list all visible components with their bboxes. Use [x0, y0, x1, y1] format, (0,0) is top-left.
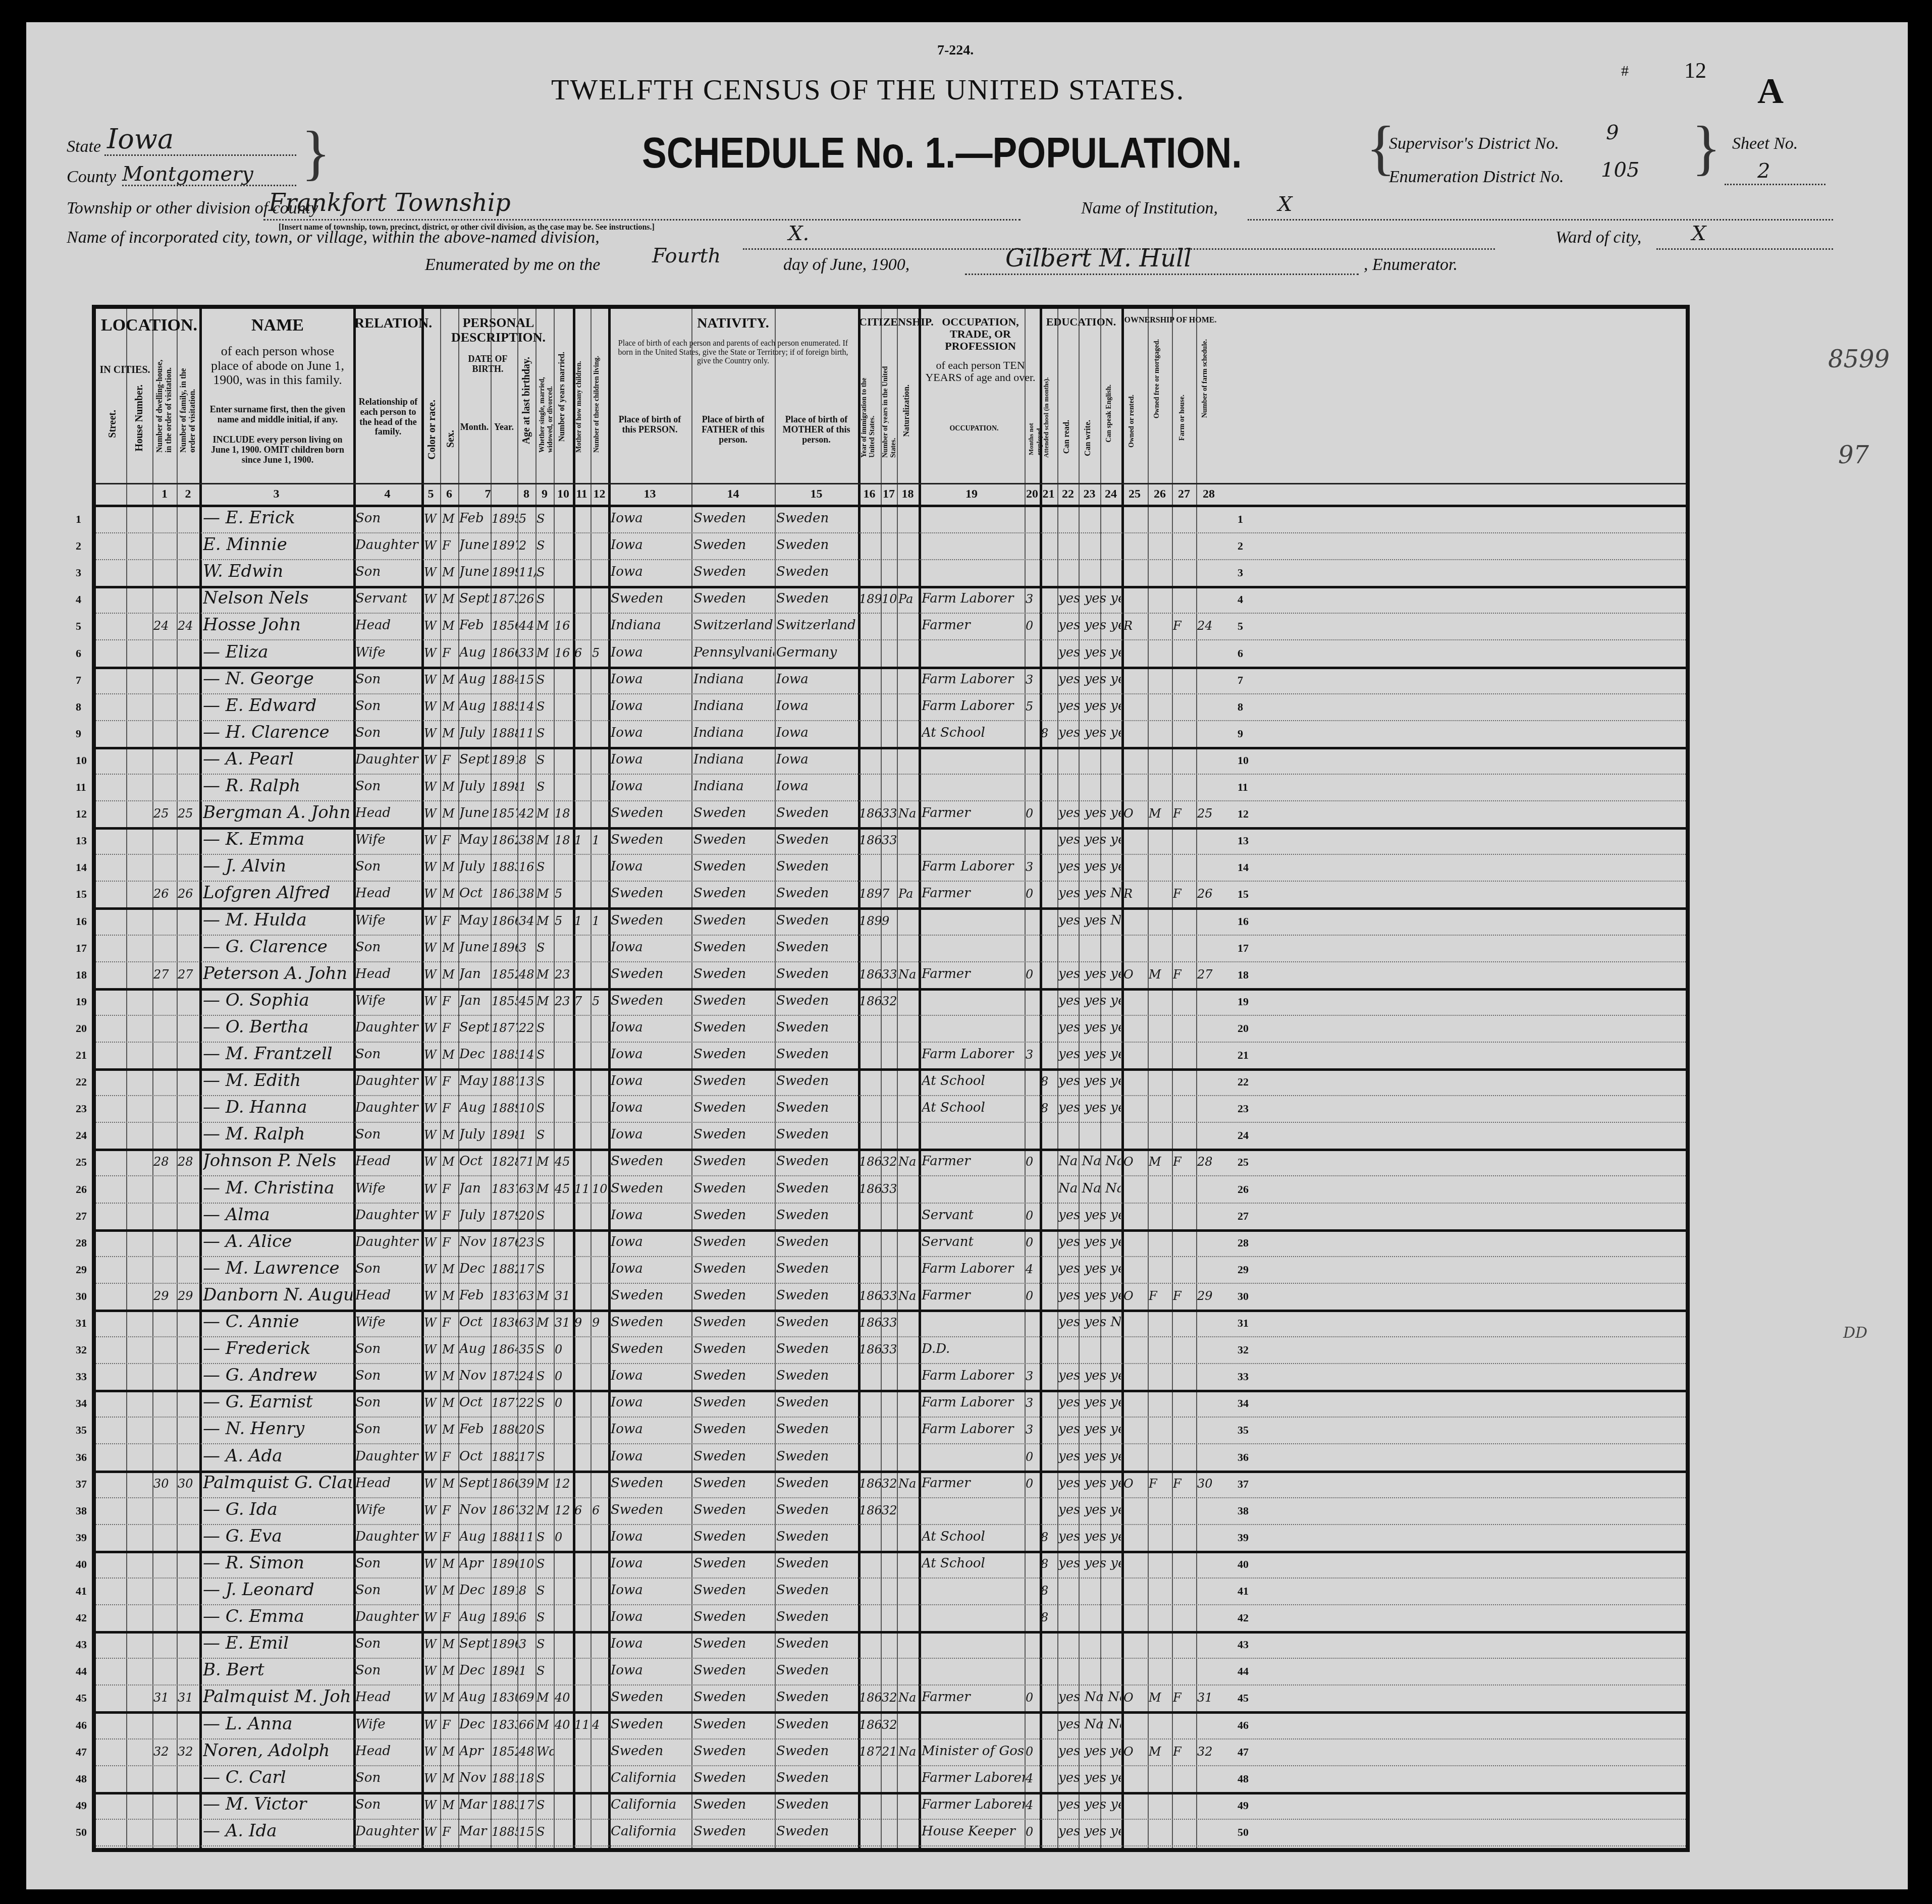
cell-person-name: — G. Earnist — [203, 1392, 352, 1412]
table-row: 2424Hosse JohnHeadWMFeb185644M16IndianaS… — [96, 613, 1686, 640]
cell-sex: M — [442, 592, 457, 606]
cell-occupation: Servant — [922, 1208, 1025, 1223]
cell-birth-year: 1888 — [492, 1530, 518, 1544]
line-number-left: 22 — [76, 1075, 87, 1089]
cell-immigration-year: 1868 — [859, 1503, 881, 1517]
cell-marital-status: S — [536, 1530, 554, 1544]
cell-birthplace-person: Iowa — [611, 645, 691, 660]
cell-marital-status: M — [536, 1155, 554, 1169]
cell-free-mortgaged: M — [1149, 806, 1171, 821]
line-number-left: 25 — [76, 1156, 87, 1169]
line-number-left: 14 — [76, 861, 87, 874]
cell-birthplace-father: Sweden — [693, 1234, 774, 1249]
cell-marital-status: S — [536, 1235, 554, 1249]
cell-birthplace-mother: Sweden — [776, 1636, 857, 1651]
ward-line — [1656, 248, 1833, 250]
line-number-left: 11 — [76, 781, 86, 794]
district-brace-right: } — [1692, 113, 1721, 183]
cell-dwelling-number: 30 — [153, 1477, 177, 1491]
colnum-17: 17 — [881, 487, 897, 501]
cell-birth-year: 1877 — [492, 1396, 518, 1410]
cell-age: 3 — [519, 1637, 536, 1651]
line-number-right: 25 — [1238, 1156, 1249, 1169]
township-line — [263, 219, 1021, 221]
cell-person-name: — C. Carl — [203, 1767, 352, 1787]
cell-birth-month: Apr — [459, 1556, 490, 1571]
table-row: — J. LeonardSonWMDec18918SIowaSwedenSwed… — [96, 1577, 1686, 1605]
line-number-left: 17 — [76, 942, 87, 955]
cell-children-living: 5 — [592, 646, 608, 660]
cell-birth-month: Dec — [459, 1717, 490, 1732]
line-number-left: 33 — [76, 1370, 87, 1383]
header-relation-desc: Relationship of each person to the head … — [356, 397, 420, 437]
cell-birth-year: 1860 — [492, 1477, 518, 1491]
cell-birth-year: 1895 — [492, 512, 518, 526]
cell-education: yes yes yes — [1058, 1556, 1121, 1571]
cell-immigration-year: 1868 — [859, 1718, 881, 1732]
cell-birth-year: 1887 — [492, 1074, 518, 1089]
cell-color: W — [424, 1825, 439, 1839]
city-label: Name of incorporated city, town, or vill… — [67, 228, 600, 247]
vheader-read: Can read. — [1062, 420, 1071, 454]
cell-birthplace-person: Sweden — [611, 1181, 691, 1196]
line-number-right: 39 — [1238, 1531, 1249, 1544]
cell-sex: F — [442, 753, 457, 767]
cell-marital-status: M — [536, 619, 554, 633]
cell-marital-status: S — [536, 1128, 554, 1142]
cell-birthplace-father: Sweden — [693, 993, 774, 1008]
cell-dwelling-number: 28 — [153, 1155, 177, 1169]
line-number-left: 10 — [76, 754, 87, 767]
cell-education: yes yes yes — [1058, 698, 1121, 714]
cell-birthplace-person: Sweden — [611, 805, 691, 821]
cell-color: W — [424, 1664, 439, 1678]
cell-birth-month: July — [459, 725, 490, 740]
cell-birth-year: 1884 — [492, 673, 518, 687]
vheader-immigration: Year of immigration to the United States… — [861, 357, 880, 458]
cell-farm-schedule: 30 — [1197, 1477, 1221, 1491]
line-number-right: 32 — [1238, 1343, 1249, 1356]
cell-months-unemployed: 0 — [1026, 887, 1040, 901]
cell-education: yes Na Na — [1058, 1690, 1121, 1705]
cell-education: yes yes yes — [1058, 1208, 1121, 1223]
cell-age: 13 — [519, 1074, 536, 1089]
colnum-18: 18 — [897, 487, 919, 501]
cell-birthplace-father: Sweden — [693, 859, 774, 874]
cell-years-married: 16 — [555, 619, 573, 633]
enumerator-name: Gilbert M. Hull — [1005, 244, 1192, 273]
cell-age: 17 — [519, 1450, 536, 1464]
cell-marital-status: M — [536, 1182, 554, 1196]
cell-color: W — [424, 565, 439, 579]
cell-birthplace-father: Sweden — [693, 1583, 774, 1598]
cell-color: W — [424, 1477, 439, 1491]
cell-years-married: 31 — [555, 1289, 573, 1303]
cell-occupation: Farm Laborer — [922, 859, 1025, 874]
cell-years-in-us: 33 — [882, 806, 897, 821]
vheader-mother-of: Mother of how many children. — [575, 352, 591, 453]
cell-sex: M — [442, 860, 457, 874]
cell-free-mortgaged: F — [1149, 1289, 1171, 1303]
line-number-left: 48 — [76, 1772, 87, 1785]
cell-birthplace-person: Iowa — [611, 1636, 691, 1651]
line-number-left: 43 — [76, 1638, 87, 1651]
cell-color: W — [424, 1530, 439, 1544]
colnum-3: 3 — [199, 487, 353, 501]
cell-relation: Daughter — [355, 1208, 421, 1223]
cell-marital-status: M — [536, 833, 554, 847]
cell-birthplace-mother: Sweden — [776, 913, 857, 928]
cell-months-unemployed: 0 — [1026, 1745, 1040, 1759]
cell-education: yes yes yes — [1058, 966, 1121, 982]
line-number-right: 1 — [1238, 513, 1243, 526]
vheader-english: Can speak English. — [1105, 385, 1113, 443]
cell-farm-house: F — [1173, 806, 1195, 821]
cell-birth-month: Apr — [459, 1744, 490, 1759]
cell-marital-status: S — [536, 1825, 554, 1839]
table-row: — L. AnnaWifeWFDec183366M40114SwedenSwed… — [96, 1712, 1686, 1739]
table-row: — FrederickSonWMAug186435S0SwedenSwedenS… — [96, 1336, 1686, 1364]
cell-person-name: — O. Sophia — [203, 990, 352, 1010]
colnum-13: 13 — [608, 487, 691, 501]
cell-marital-status: M — [536, 967, 554, 982]
state-label: State — [67, 137, 101, 156]
enumerated-suffix: day of June, 1900, — [783, 255, 909, 275]
cell-color: W — [424, 1637, 439, 1651]
cell-immigration-year: 1893 — [859, 887, 881, 901]
cell-marital-status: M — [536, 914, 554, 928]
margin-note-top: 8599 — [1828, 345, 1890, 373]
cell-immigration-year: 1868 — [859, 1155, 881, 1169]
cell-dwelling-number: 24 — [153, 619, 177, 633]
cell-birthplace-person: Iowa — [611, 537, 691, 553]
table-row: — G. EvaDaughterWFAug188811S0IowaSwedenS… — [96, 1524, 1686, 1553]
cell-person-name: — M. Lawrence — [203, 1258, 352, 1278]
line-number-left: 34 — [76, 1397, 87, 1410]
line-number-left: 8 — [76, 700, 81, 714]
cell-family-number: 31 — [178, 1691, 200, 1705]
cell-occupation: Farmer — [922, 1154, 1025, 1169]
cell-person-name: E. Minnie — [203, 534, 352, 555]
cell-age: 66 — [519, 1718, 536, 1732]
cell-months-unemployed: 3 — [1026, 1369, 1040, 1383]
cell-years-married: 45 — [555, 1155, 573, 1169]
cell-person-name: Palmquist G. Claus — [203, 1473, 352, 1493]
line-number-left: 31 — [76, 1317, 87, 1330]
vheader-free-mortgaged: Owned free or mortgaged. — [1153, 339, 1161, 418]
cell-months-unemployed: 0 — [1026, 1691, 1040, 1705]
cell-sex: F — [442, 1825, 457, 1839]
colnum-8: 8 — [517, 487, 535, 501]
header-pob-mother: Place of birth of MOTHER of this person. — [777, 415, 855, 445]
vheader-owned-rented: Owned or rented. — [1128, 395, 1136, 448]
cell-birth-month: Oct — [459, 1315, 490, 1330]
cell-birthplace-father: Sweden — [693, 940, 774, 955]
cell-birth-year: 1876 — [492, 1235, 518, 1249]
cell-owned-rented: O — [1123, 806, 1147, 821]
cell-birth-month: Dec — [459, 1663, 490, 1678]
cell-naturalization: Na — [898, 1745, 919, 1759]
line-number-right: 12 — [1238, 807, 1249, 821]
line-number-left: 27 — [76, 1210, 87, 1223]
cell-age: 3 — [519, 941, 536, 955]
cell-sex: M — [442, 1798, 457, 1812]
cell-immigration-year: 1868 — [859, 1691, 881, 1705]
cell-birthplace-person: Sweden — [611, 1476, 691, 1491]
cell-birthplace-father: Sweden — [693, 1476, 774, 1491]
cell-free-mortgaged: M — [1149, 967, 1171, 982]
line-number-right: 24 — [1238, 1129, 1249, 1142]
cell-birthplace-mother: Sweden — [776, 537, 857, 553]
cell-education: yes yes yes — [1058, 1261, 1121, 1276]
table-row: — O. BerthaDaughterWFSept187722SIowaSwed… — [96, 1015, 1686, 1043]
table-row: 2626Lofgren AlfredHeadWMOct186138M5Swede… — [96, 881, 1686, 910]
table-row: — R. RalphSonWMJuly18981SIowaIndianaIowa… — [96, 774, 1686, 801]
cell-person-name: Bergman A. John — [203, 802, 352, 823]
cell-sex: F — [442, 1021, 457, 1035]
cell-education: yes yes yes — [1058, 1073, 1121, 1089]
cell-years-in-us: 10 — [882, 592, 897, 606]
cell-birthplace-person: Iowa — [611, 564, 691, 579]
margin-note-row32: DD — [1843, 1324, 1867, 1342]
cell-birthplace-mother: Sweden — [776, 1341, 857, 1356]
cell-education: yes yes yes — [1058, 805, 1121, 821]
cell-sex: M — [442, 806, 457, 821]
cell-sex: F — [442, 538, 457, 553]
line-number-left: 16 — [76, 915, 87, 928]
cell-birth-year: 1897 — [492, 538, 518, 553]
cell-birthplace-mother: Sweden — [776, 1824, 857, 1839]
cell-color: W — [424, 941, 439, 955]
line-number-left: 20 — [76, 1022, 87, 1035]
line-number-right: 21 — [1238, 1049, 1249, 1062]
cell-farm-house: F — [1173, 967, 1195, 982]
vheader-school: Attended school (in months). — [1042, 357, 1056, 458]
cell-birth-month: Aug — [459, 645, 490, 660]
cell-age: 42 — [519, 806, 536, 821]
cell-marital-status: S — [536, 1610, 554, 1624]
cell-birth-month: Feb — [459, 618, 490, 633]
line-number-left: 1 — [76, 513, 81, 526]
cell-person-name: — A. Alice — [203, 1231, 352, 1252]
cell-person-name: Palmquist M. John — [203, 1687, 352, 1707]
table-row: — K. EmmaWifeWFMay186238M1811SwedenSwede… — [96, 827, 1686, 855]
cell-relation: Head — [355, 1744, 421, 1759]
cell-birthplace-father: Switzerland — [693, 618, 774, 633]
cell-color: W — [424, 1396, 439, 1410]
line-number-right: 9 — [1238, 727, 1243, 740]
line-number-left: 15 — [76, 888, 87, 901]
cell-occupation: Farmer — [922, 966, 1025, 982]
cell-birth-year: 1882 — [492, 1450, 518, 1464]
cell-sex: M — [442, 1048, 457, 1062]
cell-education: yes yes yes — [1058, 1797, 1121, 1812]
cell-color: W — [424, 646, 439, 660]
cell-color: W — [424, 512, 439, 526]
cell-color: W — [424, 806, 439, 821]
colnum-2: 2 — [177, 487, 199, 501]
cell-farm-schedule: 26 — [1197, 887, 1221, 901]
cell-relation: Daughter — [355, 1100, 421, 1115]
cell-relation: Daughter — [355, 752, 421, 767]
cell-person-name: W. Edwin — [203, 561, 352, 581]
cell-birth-year: 1867 — [492, 1503, 518, 1517]
cell-person-name: — E. Emil — [203, 1633, 352, 1653]
cell-years-in-us: 33 — [882, 1182, 897, 1196]
line-number-left: 9 — [76, 727, 81, 740]
cell-family-number: 27 — [178, 967, 200, 982]
line-number-left: 7 — [76, 674, 81, 687]
cell-sex: M — [442, 967, 457, 982]
cell-sex: M — [442, 1637, 457, 1651]
cell-sex: M — [442, 1155, 457, 1169]
cell-birth-month: Nov — [459, 1234, 490, 1249]
cell-birthplace-person: Sweden — [611, 1341, 691, 1356]
vheader-sex: Sex. — [445, 430, 457, 448]
cell-birthplace-mother: Sweden — [776, 564, 857, 579]
county-label: County — [67, 168, 116, 187]
cell-birth-year: 1866 — [492, 914, 518, 928]
cell-birth-month: Jan — [459, 993, 490, 1008]
table-row: — M. LawrenceSonWMDec188217SIowaSwedenSw… — [96, 1256, 1686, 1284]
line-number-right: 17 — [1238, 942, 1249, 955]
cell-marital-status: S — [536, 1074, 554, 1089]
cell-education: yes yes yes — [1058, 1368, 1121, 1383]
cell-relation: Son — [355, 1341, 421, 1356]
table-row: — N. HenrySonWMFeb188020SIowaSwedenSwede… — [96, 1417, 1686, 1444]
table-row: — AlmaDaughterWFJuly187920SIowaSwedenSwe… — [96, 1203, 1686, 1232]
cell-sex: M — [442, 699, 457, 714]
cell-person-name: — G. Andrew — [203, 1365, 352, 1385]
cell-mother-of: 9 — [574, 1316, 591, 1330]
cell-birth-year: 1830 — [492, 1691, 518, 1705]
cell-education: yes yes yes — [1058, 1476, 1121, 1491]
line-number-left: 35 — [76, 1424, 87, 1437]
cell-person-name: — M. Ralph — [203, 1124, 352, 1144]
state-line — [104, 154, 296, 156]
cell-age: 16 — [519, 860, 536, 874]
institution-value: X — [1278, 193, 1292, 216]
cell-color: W — [424, 1584, 439, 1598]
cell-family-number: 32 — [178, 1745, 200, 1759]
cell-sex: M — [442, 1477, 457, 1491]
cell-birth-month: Sept — [459, 1636, 490, 1651]
cell-birth-month: Feb — [459, 1288, 490, 1303]
line-number-left: 26 — [76, 1183, 87, 1196]
cell-school-months: 8 — [1041, 1074, 1057, 1089]
cell-years-married: 0 — [555, 1396, 573, 1410]
cell-age: 1 — [519, 780, 536, 794]
cell-sex: M — [442, 1262, 457, 1276]
enum-district-value: 105 — [1601, 158, 1639, 182]
margin-note-right: 97 — [1838, 441, 1869, 469]
colnum-24: 24 — [1100, 487, 1121, 501]
cell-age: 18 — [519, 1771, 536, 1785]
cell-birthplace-father: Sweden — [693, 1556, 774, 1571]
line-number-right: 43 — [1238, 1638, 1249, 1651]
cell-person-name: — G. Clarence — [203, 937, 352, 957]
colnum-9: 9 — [535, 487, 554, 501]
cell-birthplace-person: Sweden — [611, 832, 691, 847]
colnum-11: 11 — [573, 487, 591, 501]
cell-age: 17 — [519, 1798, 536, 1812]
line-number-right: 29 — [1238, 1263, 1249, 1276]
cell-birth-year: 1833 — [492, 1718, 518, 1732]
cell-birth-year: 1877 — [492, 1021, 518, 1035]
cell-owned-rented: O — [1123, 1691, 1147, 1705]
cell-farm-house: F — [1173, 619, 1195, 633]
cell-color: W — [424, 592, 439, 606]
cell-color: W — [424, 726, 439, 740]
line-number-right: 15 — [1238, 888, 1249, 901]
cell-person-name: — M. Frantzell — [203, 1044, 352, 1064]
institution-label: Name of Institution, — [1081, 199, 1218, 218]
cell-birth-month: Oct — [459, 1395, 490, 1410]
cell-years-married: 18 — [555, 806, 573, 821]
cell-birth-year: 1837 — [492, 1289, 518, 1303]
cell-birth-year: 1898 — [492, 1128, 518, 1142]
cell-birth-year: 1879 — [492, 1209, 518, 1223]
cell-birthplace-mother: Sweden — [776, 1663, 857, 1678]
cell-owned-rented: O — [1123, 1155, 1147, 1169]
line-number-left: 30 — [76, 1290, 87, 1303]
cell-years-in-us: 21 — [882, 1745, 897, 1759]
header-month: Month. — [458, 422, 491, 432]
cell-color: W — [424, 1771, 439, 1785]
line-number-left: 2 — [76, 539, 81, 553]
cell-education: Na Na Na — [1058, 1181, 1121, 1196]
table-row: 2727Peterson A. JohnHeadWMJan185248M23Sw… — [96, 961, 1686, 991]
header-name: NAME — [202, 316, 353, 335]
cell-years-married: 31 — [555, 1316, 573, 1330]
cell-color: W — [424, 1316, 439, 1330]
cell-age: 38 — [519, 887, 536, 901]
table-row: — E. EdwardSonWMAug188514SIowaIndianaIow… — [96, 693, 1686, 721]
cell-birthplace-person: Iowa — [611, 1556, 691, 1571]
vheader-write: Can write. — [1084, 420, 1093, 456]
cell-birthplace-father: Sweden — [693, 1261, 774, 1276]
cell-color: W — [424, 887, 439, 901]
vheader-house: House Number. — [134, 385, 145, 452]
header-nativity: NATIVITY. — [608, 316, 858, 332]
header-ownership: OWNERSHIP OF HOME. — [1122, 316, 1218, 325]
cell-birthplace-mother: Sweden — [776, 805, 857, 821]
cell-birth-year: 1836 — [492, 1316, 518, 1330]
cell-farm-schedule: 31 — [1197, 1691, 1221, 1705]
vheader-unemployed: Months not employed. — [1027, 400, 1039, 455]
ward-value: X — [1692, 222, 1706, 245]
cell-birth-month: Nov — [459, 1502, 490, 1517]
cell-occupation: Farmer — [922, 886, 1025, 901]
cell-relation: Son — [355, 940, 421, 955]
cell-occupation: Farmer — [922, 1288, 1025, 1303]
cell-occupation: Farmer — [922, 805, 1025, 821]
cell-color: W — [424, 1182, 439, 1196]
cell-children-living: 9 — [592, 1316, 608, 1330]
cell-birth-month: June — [459, 537, 490, 553]
cell-years-in-us: 32 — [882, 1718, 897, 1732]
cell-age: 20 — [519, 1423, 536, 1437]
cell-birthplace-mother: Iowa — [776, 698, 857, 714]
cell-birthplace-mother: Sweden — [776, 1690, 857, 1705]
line-number-left: 47 — [76, 1746, 87, 1759]
cell-person-name: Peterson A. John — [203, 963, 352, 984]
table-row: — A. PearlDaughterWFSept18918SIowaIndian… — [96, 747, 1686, 775]
cell-color: W — [424, 914, 439, 928]
line-number-right: 37 — [1238, 1478, 1249, 1491]
population-table: LOCATION. IN CITIES. NAME of each person… — [92, 305, 1690, 1852]
cell-immigration-year: 1867 — [859, 806, 881, 821]
